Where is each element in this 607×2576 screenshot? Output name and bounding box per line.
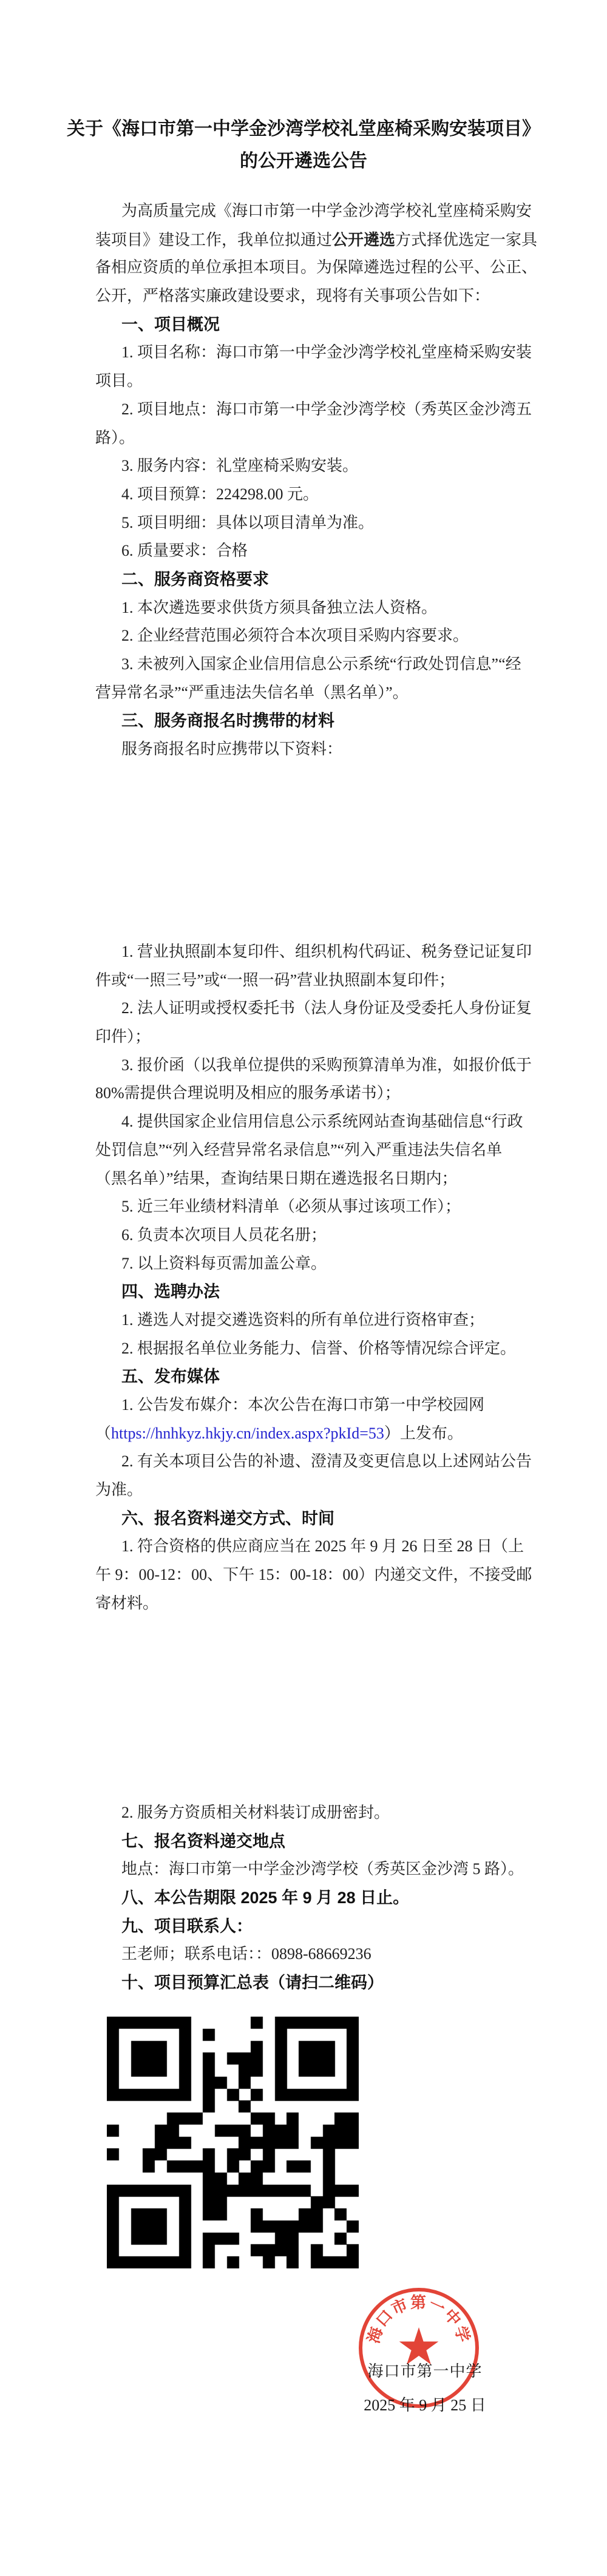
text-line: 80%需提供合理说明及相应的服务承诺书）； (95, 1079, 527, 1108)
text-run: 1. 符合资格的供应商应当在 2025 年 9 月 26 日至 28 日（上 (121, 1537, 524, 1555)
text-line: 1. 项目名称：海口市第一中学金沙湾学校礼堂座椅采购安装 (95, 339, 527, 367)
text-run: 5. 项目明细：具体以项目清单为准。 (121, 514, 374, 531)
section-heading: 四、选聘办法 (95, 1278, 527, 1306)
section-heading: 九、项目联系人： (95, 1912, 527, 1941)
text-line: 1. 遴选人对提交遴选资料的所有单位进行资格审查； (95, 1306, 527, 1335)
text-line: 2. 法人证明或授权委托书（法人身份证及受委托人身份证复 (95, 994, 527, 1023)
text-line: 2. 根据报名单位业务能力、信誉、价格等情况综合评定。 (95, 1335, 527, 1363)
text-run: 4. 项目预算：224298.00 元。 (121, 485, 319, 503)
text-run: 1. 营业执照副本复印件、组织机构代码证、税务登记证复印 (121, 943, 532, 960)
document-page: 关于《海口市第一中学金沙湾学校礼堂座椅采购安装项目》 的公开遴选公告 为高质量完… (0, 0, 607, 2576)
text-run: 路）。 (95, 429, 135, 447)
text-run: 1. 遴选人对提交遴选资料的所有单位进行资格审查； (121, 1311, 484, 1329)
text-run: 六、报名资料递交方式、时间 (121, 1509, 334, 1528)
text-run: 80%需提供合理说明及相应的服务承诺书）； (95, 1084, 401, 1102)
text-run: 八、本公告期限 2025 年 9 月 28 日止。 (121, 1889, 409, 1907)
text-line: 服务商报名时应携带以下资料： (95, 735, 527, 764)
text-run: 王老师；联系电话：：0898-68669236 (121, 1945, 371, 1963)
text-line: 7. 以上资料每页需加盖公章。 (95, 1250, 527, 1278)
text-run: 6. 负责本次项目人员花名册； (121, 1226, 327, 1244)
text-run: 3. 未被列入国家企业信用信息公示系统“行政处罚信息”“经 (121, 655, 521, 673)
text-run: 印件）； (95, 1028, 151, 1045)
text-line: 地点：海口市第一中学金沙湾学校（秀英区金沙湾 5 路）。 (95, 1855, 527, 1884)
title-line-1: 关于《海口市第一中学金沙湾学校礼堂座椅采购安装项目》 (0, 113, 607, 145)
text-run: 三、服务商报名时携带的材料 (121, 712, 334, 730)
text-line: 4. 提供国家企业信用信息公示系统网站查询基础信息“行政 (95, 1108, 527, 1136)
text-run: 2. 法人证明或授权委托书（法人身份证及受委托人身份证复 (121, 999, 532, 1017)
text-run: 二、服务商资格要求 (121, 570, 269, 588)
external-link[interactable]: https://hnhkyz.hkjy.cn/index.aspx?pkId=5… (111, 1425, 384, 1442)
text-run: 1. 公告发布媒介：本次公告在海口市第一中学校园网 (121, 1396, 484, 1414)
text-line: 印件）； (95, 1023, 527, 1051)
text-run: 6. 质量要求：合格 (121, 542, 248, 559)
text-line: 备相应资质的单位承担本项目。为保障遴选过程的公平、公正、 (95, 254, 527, 282)
text-run: 五、发布媒体 (121, 1367, 220, 1386)
text-run: 九、项目联系人： (121, 1917, 253, 1935)
text-run: 一、项目概况 (121, 315, 220, 334)
text-run: 服务商报名时应携带以下资料： (121, 740, 342, 758)
text-run: 4. 提供国家企业信用信息公示系统网站查询基础信息“行政 (121, 1113, 523, 1130)
text-line: 1. 符合资格的供应商应当在 2025 年 9 月 26 日至 28 日（上 (95, 1532, 527, 1561)
text-run: 1. 项目名称：海口市第一中学金沙湾学校礼堂座椅采购安装 (121, 343, 532, 361)
text-line: 件或“一照三号”或“一照一码”营业执照副本复印件； (95, 966, 527, 995)
text-line: 2. 服务方资质相关材料装订成册密封。 (95, 1799, 527, 1827)
section-heading: 八、本公告期限 2025 年 9 月 28 日止。 (95, 1884, 527, 1912)
text-run: 方式择优选定一家具 (395, 231, 537, 249)
section-heading: 七、报名资料递交地点 (95, 1827, 527, 1856)
text-run: 备相应资质的单位承担本项目。为保障遴选过程的公平、公正、 (95, 258, 537, 276)
text-run: 件或“一照三号”或“一照一码”营业执照副本复印件； (95, 971, 455, 989)
text-run: 为准。 (95, 1481, 143, 1499)
text-run: 项目。 (95, 372, 143, 389)
text-line: 为准。 (95, 1476, 527, 1505)
text-line: 1. 公告发布媒介：本次公告在海口市第一中学校园网 (95, 1391, 527, 1420)
text-line: 1. 本次遴选要求供货方须具备独立法人资格。 (95, 594, 527, 622)
text-run: 公开，严格落实廉政建设要求，现将有关事项公告如下： (95, 287, 490, 305)
text-run: 3. 服务内容：礼堂座椅采购安装。 (121, 457, 358, 474)
document-body-page2: 1. 营业执照副本复印件、组织机构代码证、税务登记证复印件或“一照三号”或“一照… (95, 938, 527, 1618)
text-line: 1. 营业执照副本复印件、组织机构代码证、税务登记证复印 (95, 938, 527, 966)
text-run: ）上发布。 (384, 1425, 463, 1442)
document-body-page1: 为高质量完成《海口市第一中学金沙湾学校礼堂座椅采购安装项目》建设工作，我单位拟通… (95, 197, 527, 764)
text-line: 2. 项目地点：海口市第一中学金沙湾学校（秀英区金沙湾五 (95, 396, 527, 424)
text-run: 处罚信息”“列入经营异常名录信息”“列入严重违法失信名单 (95, 1141, 502, 1159)
text-run: 1. 本次遴选要求供货方须具备独立法人资格。 (121, 599, 437, 616)
text-line: 寄材料。 (95, 1590, 527, 1618)
bold-emphasis: 公开遴选 (332, 231, 395, 249)
seal-star-icon (399, 2327, 439, 2365)
text-line: 5. 近三年业绩材料清单（必须从事过该项工作）； (95, 1193, 527, 1221)
text-line: 公开，严格落实廉政建设要求，现将有关事项公告如下： (95, 282, 527, 311)
text-run: 十、项目预算汇总表（请扫二维码） (121, 1974, 384, 1992)
text-line: 2. 有关本项目公告的补遗、澄清及变更信息以上述网站公告 (95, 1448, 527, 1476)
document-body-page3: 2. 服务方资质相关材料装订成册密封。七、报名资料递交地点地点：海口市第一中学金… (95, 1799, 527, 1997)
text-run: 5. 近三年业绩材料清单（必须从事过该项工作）； (121, 1198, 461, 1215)
text-line: 6. 负责本次项目人员花名册； (95, 1221, 527, 1250)
text-line: 6. 质量要求：合格 (95, 537, 527, 565)
document-title: 关于《海口市第一中学金沙湾学校礼堂座椅采购安装项目》 的公开遴选公告 (0, 113, 607, 177)
text-run: 2. 企业经营范围必须符合本次项目采购内容要求。 (121, 627, 469, 644)
text-run: 四、选聘办法 (121, 1283, 220, 1301)
text-run: 为高质量完成《海口市第一中学金沙湾学校礼堂座椅采购安 (121, 202, 532, 220)
official-seal: 海口市第一中学 (355, 2284, 483, 2412)
text-line: 王老师；联系电话：：0898-68669236 (95, 1940, 527, 1969)
text-run: 2. 根据报名单位业务能力、信誉、价格等情况综合评定。 (121, 1340, 516, 1357)
text-run: 七、报名资料递交地点 (121, 1832, 285, 1850)
text-line: 项目。 (95, 367, 527, 396)
text-run: 营异常名录”“严重违法失信名单（黑名单）”。 (95, 684, 409, 701)
text-run: （ (95, 1425, 111, 1442)
section-heading: 二、服务商资格要求 (95, 565, 527, 594)
section-heading: 六、报名资料递交方式、时间 (95, 1505, 527, 1533)
text-line: 2. 企业经营范围必须符合本次项目采购内容要求。 (95, 622, 527, 650)
text-line: 4. 项目预算：224298.00 元。 (95, 480, 527, 509)
text-run: 2. 有关本项目公告的补遗、澄清及变更信息以上述网站公告 (121, 1452, 532, 1470)
text-line: （https://hnhkyz.hkjy.cn/index.aspx?pkId=… (95, 1420, 527, 1448)
text-line: （黑名单）”结果，查询结果日期在遴选报名日期内； (95, 1165, 527, 1193)
text-line: 午 9：00-12：00、下午 15：00-18：00）内递交文件，不接受邮 (95, 1561, 527, 1590)
section-heading: 十、项目预算汇总表（请扫二维码） (95, 1969, 527, 1997)
text-run: 装项目》建设工作，我单位拟通过 (95, 231, 332, 249)
text-run: 地点：海口市第一中学金沙湾学校（秀英区金沙湾 5 路）。 (121, 1860, 524, 1878)
text-line: 3. 报价函（以我单位提供的采购预算清单为准，如报价低于 (95, 1051, 527, 1080)
text-run: 3. 报价函（以我单位提供的采购预算清单为准，如报价低于 (121, 1056, 532, 1074)
text-line: 营异常名录”“严重违法失信名单（黑名单）”。 (95, 679, 527, 707)
text-run: 2. 项目地点：海口市第一中学金沙湾学校（秀英区金沙湾五 (121, 400, 532, 418)
text-line: 3. 服务内容：礼堂座椅采购安装。 (95, 452, 527, 480)
section-heading: 三、服务商报名时携带的材料 (95, 707, 527, 735)
text-line: 装项目》建设工作，我单位拟通过公开遴选方式择优选定一家具 (95, 226, 527, 254)
text-line: 处罚信息”“列入经营异常名录信息”“列入严重违法失信名单 (95, 1136, 527, 1165)
text-run: 2. 服务方资质相关材料装订成册密封。 (121, 1804, 390, 1821)
text-line: 3. 未被列入国家企业信用信息公示系统“行政处罚信息”“经 (95, 650, 527, 679)
section-heading: 五、发布媒体 (95, 1363, 527, 1391)
text-run: （黑名单）”结果，查询结果日期在遴选报名日期内； (95, 1170, 458, 1187)
text-line: 为高质量完成《海口市第一中学金沙湾学校礼堂座椅采购安 (95, 197, 527, 226)
text-line: 5. 项目明细：具体以项目清单为准。 (95, 509, 527, 538)
title-line-2: 的公开遴选公告 (0, 145, 607, 177)
section-heading: 一、项目概况 (95, 311, 527, 339)
budget-summary-qr-code (107, 2017, 359, 2268)
text-run: 午 9：00-12：00、下午 15：00-18：00）内递交文件，不接受邮 (95, 1566, 532, 1583)
text-run: 7. 以上资料每页需加盖公章。 (121, 1255, 327, 1272)
text-run: 寄材料。 (95, 1594, 158, 1612)
text-line: 路）。 (95, 424, 527, 453)
